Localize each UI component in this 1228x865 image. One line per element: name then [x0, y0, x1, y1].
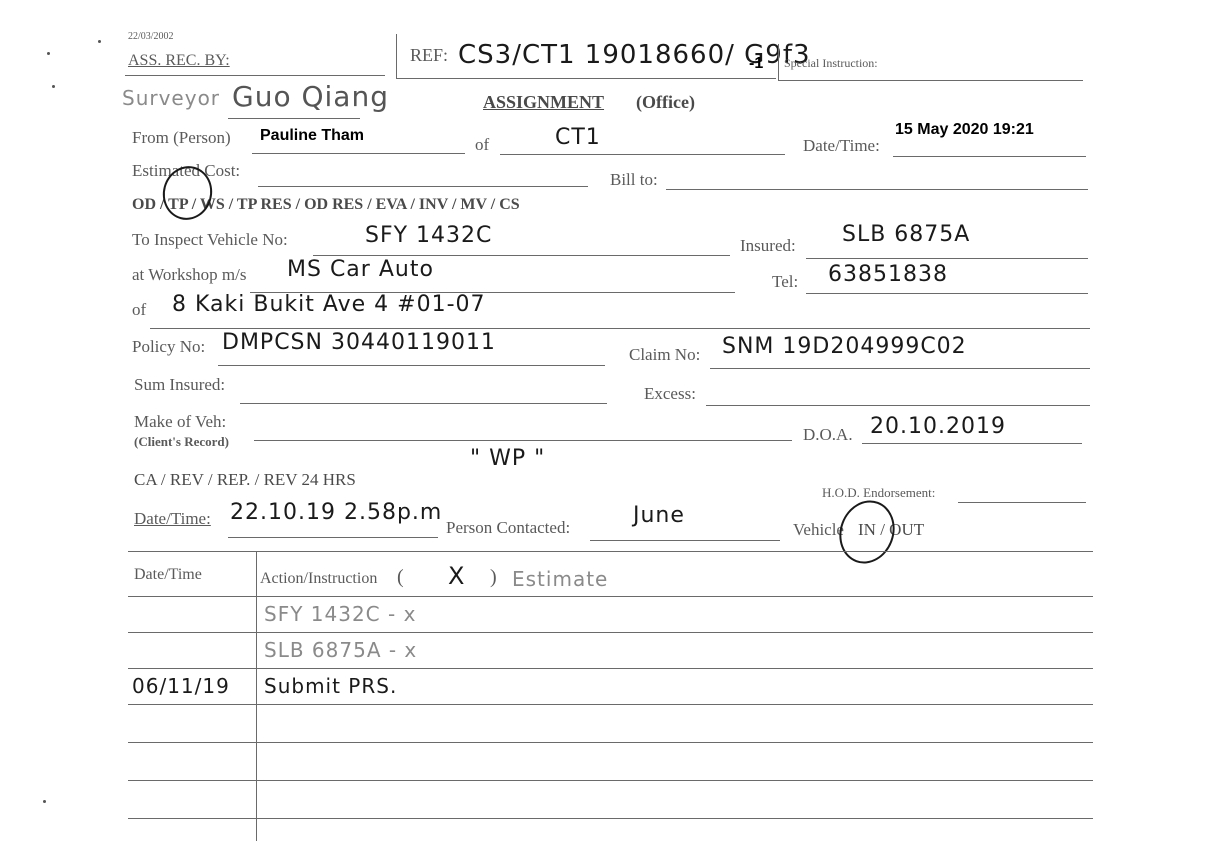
- header-divider: [396, 34, 397, 78]
- make-of-veh-label: Make of Veh:: [134, 412, 226, 432]
- ref-label: REF:: [410, 45, 448, 66]
- tel-label: Tel:: [772, 272, 798, 292]
- address-label: of: [132, 300, 146, 320]
- claim-no-line: [710, 368, 1090, 369]
- policy-no-line: [218, 365, 605, 366]
- log-row-line: [128, 668, 1093, 669]
- log-col-datetime: Date/Time: [134, 566, 202, 584]
- of-label: of: [475, 135, 489, 155]
- log-row-line: [128, 780, 1093, 781]
- scan-speck: [98, 40, 101, 43]
- vehicle-label: Vehicle: [793, 520, 844, 540]
- from-person-value[interactable]: Pauline Tham: [260, 127, 364, 145]
- log-row-line: [128, 818, 1093, 819]
- insured-line: [806, 258, 1088, 259]
- ref-suffix: -1: [749, 55, 763, 73]
- ref-line: [396, 78, 776, 79]
- log-col-action: Action/Instruction: [260, 570, 377, 588]
- form-title: ASSIGNMENT: [483, 92, 604, 113]
- scan-speck: [52, 85, 55, 88]
- hod-endorsement-label: H.O.D. Endorsement:: [822, 485, 935, 501]
- address-value[interactable]: 8 Kaki Bukit Ave 4 #01-07: [172, 292, 486, 317]
- workshop-value[interactable]: MS Car Auto: [287, 257, 434, 282]
- log-table-top-line: [128, 551, 1093, 552]
- action-paren-open: (: [397, 566, 404, 589]
- action-paren-close: ): [490, 566, 497, 589]
- ca-rev-options[interactable]: CA / REV / REP. / REV 24 HRS: [134, 470, 356, 490]
- log-row-line: [128, 596, 1093, 597]
- inspect-vehicle-label: To Inspect Vehicle No:: [132, 230, 288, 250]
- contact-datetime-label: Date/Time:: [134, 509, 211, 529]
- tel-line: [806, 293, 1088, 294]
- claim-no-label: Claim No:: [629, 345, 700, 365]
- of-value[interactable]: CT1: [555, 125, 601, 150]
- policy-no-label: Policy No:: [132, 337, 205, 357]
- special-instruction-line[interactable]: [778, 80, 1083, 81]
- from-person-line: [252, 153, 465, 154]
- hod-endorsement-field[interactable]: [958, 502, 1086, 503]
- log-row-action[interactable]: Submit PRS.: [264, 674, 397, 698]
- log-table-column-divider: [256, 551, 257, 841]
- policy-no-value[interactable]: DMPCSN 30440119011: [222, 330, 496, 355]
- handwritten-annotation: " WP ": [470, 446, 545, 471]
- surveyor-name[interactable]: Guo Qiang: [232, 80, 389, 113]
- inspect-vehicle-line: [313, 255, 730, 256]
- make-of-veh-field[interactable]: [254, 440, 792, 441]
- log-row-action[interactable]: SFY 1432C - x: [264, 602, 416, 626]
- excess-field[interactable]: [706, 405, 1090, 406]
- scan-speck: [47, 52, 50, 55]
- log-row-line: [128, 742, 1093, 743]
- contact-datetime-line: [228, 537, 438, 538]
- insured-value[interactable]: SLB 6875A: [842, 222, 970, 247]
- person-contacted-line: [590, 540, 780, 541]
- scan-speck: [43, 800, 46, 803]
- log-row-action[interactable]: SLB 6875A - x: [264, 638, 417, 662]
- from-person-label: From (Person): [132, 128, 231, 148]
- vehicle-selected-circle: [831, 493, 904, 572]
- person-contacted-value[interactable]: June: [633, 503, 685, 528]
- log-row-line: [128, 632, 1093, 633]
- action-checkmark[interactable]: X: [448, 562, 465, 590]
- special-instruction-label: Special Instruction:: [784, 56, 878, 71]
- form-title-suffix: (Office): [636, 92, 695, 113]
- special-divider: [778, 44, 779, 80]
- datetime-line: [893, 156, 1086, 157]
- claim-no-value[interactable]: SNM 19D204999C02: [722, 334, 967, 359]
- person-contacted-label: Person Contacted:: [446, 518, 570, 538]
- inspect-vehicle-value[interactable]: SFY 1432C: [365, 223, 492, 248]
- log-row-date[interactable]: 06/11/19: [132, 674, 230, 698]
- form-date: 22/03/2002: [128, 31, 174, 42]
- doa-line: [862, 443, 1082, 444]
- datetime-value[interactable]: 15 May 2020 19:21: [895, 121, 1034, 139]
- bill-to-label: Bill to:: [610, 170, 658, 190]
- sum-insured-label: Sum Insured:: [134, 375, 225, 395]
- datetime-label: Date/Time:: [803, 136, 880, 156]
- ass-rec-by-label: ASS. REC. BY:: [128, 52, 230, 70]
- estimated-cost-field[interactable]: [258, 186, 588, 187]
- address-line: [150, 328, 1090, 329]
- action-estimate-note: Estimate: [512, 567, 608, 591]
- doa-label: D.O.A.: [803, 425, 853, 445]
- tel-value[interactable]: 63851838: [828, 262, 948, 287]
- make-of-veh-sublabel: (Client's Record): [134, 434, 229, 450]
- surveyor-line: [228, 118, 360, 119]
- surveyor-label: Surveyor: [122, 86, 220, 110]
- insured-label: Insured:: [740, 236, 796, 256]
- contact-datetime-value[interactable]: 22.10.19 2.58p.m: [230, 500, 442, 525]
- ass-rec-by-line: [125, 75, 385, 76]
- doa-value[interactable]: 20.10.2019: [870, 414, 1006, 439]
- bill-to-field[interactable]: [666, 189, 1088, 190]
- of-line: [500, 154, 785, 155]
- excess-label: Excess:: [644, 384, 696, 404]
- log-row-line: [128, 704, 1093, 705]
- sum-insured-field[interactable]: [240, 403, 607, 404]
- workshop-label: at Workshop m/s: [132, 265, 246, 285]
